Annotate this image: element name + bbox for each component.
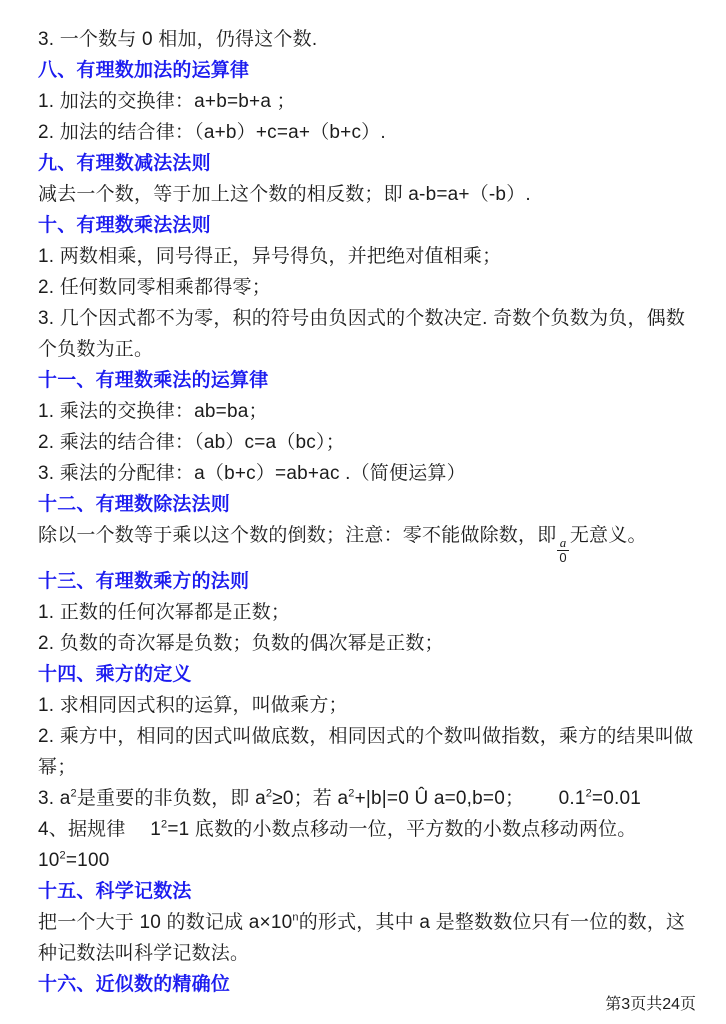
text-run: 无意义。 xyxy=(570,525,647,546)
text-run: 2. 加法的结合律：（a+b）+c=a+（b+c）. xyxy=(38,122,386,143)
page-number-footer: 第3页共24页 xyxy=(605,991,696,1014)
text-run: 十二、有理数除法法则 xyxy=(38,494,230,515)
body-paragraph: 4、据规律 12=1 底数的小数点移动一位，平方数的小数点移动两位。 xyxy=(38,814,694,845)
text-run: 1. 加法的交换律：a+b=b+a ； xyxy=(38,91,296,112)
text-run: 九、有理数减法法则 xyxy=(38,153,211,174)
document-page: 3. 一个数与 0 相加，仍得这个数.八、有理数加法的运算律1. 加法的交换律：… xyxy=(0,0,726,1024)
text-run: 是重要的非负数，即 a xyxy=(77,788,266,809)
fraction-numerator: a xyxy=(558,536,569,550)
body-paragraph: 2. 任何数同零相乘都得零； xyxy=(38,272,694,303)
text-run: 4、据规律 1 xyxy=(38,819,161,840)
text-run: 十五、科学记数法 xyxy=(38,881,192,902)
body-paragraph: 1. 正数的任何次幂都是正数； xyxy=(38,597,694,628)
body-paragraph: 2. 乘法的结合律：（ab）c=a（bc）； xyxy=(38,427,694,458)
text-run: 十、有理数乘法法则 xyxy=(38,215,211,236)
section-heading: 十一、有理数乘法的运算律 xyxy=(38,365,694,396)
body-paragraph: 2. 负数的奇次幂是负数；负数的偶次幂是正数； xyxy=(38,628,694,659)
text-run: 十三、有理数乘方的法则 xyxy=(38,571,249,592)
body-paragraph: 3. a2是重要的非负数，即 a2≥0；若 a2+|b|=0 Û a=0,b=0… xyxy=(38,783,694,814)
text-run: 3. 一个数与 0 相加，仍得这个数. xyxy=(38,29,317,50)
text-run: 3. 几个因式都不为零，积的符号由负因式的个数决定. 奇数个负数为负，偶数个负数… xyxy=(38,308,685,360)
body-paragraph: 减去一个数，等于加上这个数的相反数；即 a-b=a+（-b）. xyxy=(38,179,694,210)
section-heading: 九、有理数减法法则 xyxy=(38,148,694,179)
text-run: 3. a xyxy=(38,788,71,809)
text-run: 10 xyxy=(38,850,60,871)
body-paragraph: 1. 求相同因式积的运算，叫做乘方； xyxy=(38,690,694,721)
text-run: 减去一个数，等于加上这个数的相反数；即 a-b=a+（-b）. xyxy=(38,184,531,205)
section-heading: 十五、科学记数法 xyxy=(38,876,694,907)
text-run: 2. 任何数同零相乘都得零； xyxy=(38,277,271,298)
text-run: =1 底数的小数点移动一位，平方数的小数点移动两位。 xyxy=(167,819,636,840)
body-paragraph: 2. 乘方中，相同的因式叫做底数，相同因式的个数叫做指数，乘方的结果叫做幂； xyxy=(38,721,694,783)
text-run: 1. 正数的任何次幂都是正数； xyxy=(38,602,290,623)
body-paragraph: 3. 乘法的分配律：a（b+c）=ab+ac .（简便运算） xyxy=(38,458,694,489)
body-paragraph: 102=100 xyxy=(38,845,694,876)
text-run: ≥0；若 a xyxy=(272,788,348,809)
text-run: 十四、乘方的定义 xyxy=(38,664,192,685)
body-paragraph: 把一个大于 10 的数记成 a×10n的形式，其中 a 是整数数位只有一位的数，… xyxy=(38,907,694,969)
body-paragraph: 1. 两数相乘，同号得正，异号得负，并把绝对值相乘； xyxy=(38,241,694,272)
text-run: 2. 乘方中，相同的因式叫做底数，相同因式的个数叫做指数，乘方的结果叫做幂； xyxy=(38,726,693,778)
body-paragraph: 3. 几个因式都不为零，积的符号由负因式的个数决定. 奇数个负数为负，偶数个负数… xyxy=(38,303,694,365)
section-heading: 十四、乘方的定义 xyxy=(38,659,694,690)
body-paragraph: 3. 一个数与 0 相加，仍得这个数. xyxy=(38,24,694,55)
section-heading: 八、有理数加法的运算律 xyxy=(38,55,694,86)
text-run: 除以一个数等于乘以这个数的倒数；注意：零不能做除数，即 xyxy=(38,525,556,546)
body-paragraph: 2. 加法的结合律：（a+b）+c=a+（b+c）. xyxy=(38,117,694,148)
text-run: 1. 两数相乘，同号得正，异号得负，并把绝对值相乘； xyxy=(38,246,501,267)
fraction-denominator: 0 xyxy=(557,550,568,566)
inline-fraction: a0 xyxy=(557,536,568,566)
text-run: +|b|=0 Û a=0,b=0； 0.1 xyxy=(355,788,586,809)
document-content: 3. 一个数与 0 相加，仍得这个数.八、有理数加法的运算律1. 加法的交换律：… xyxy=(0,0,726,1000)
text-run: 3. 乘法的分配律：a（b+c）=ab+ac .（简便运算） xyxy=(38,463,466,484)
section-heading: 十、有理数乘法法则 xyxy=(38,210,694,241)
section-heading: 十三、有理数乘方的法则 xyxy=(38,566,694,597)
text-run: 1. 乘法的交换律：ab=ba； xyxy=(38,401,268,422)
text-run: 八、有理数加法的运算律 xyxy=(38,60,249,81)
section-heading: 十二、有理数除法法则 xyxy=(38,489,694,520)
text-run: 把一个大于 10 的数记成 a×10 xyxy=(38,912,292,933)
text-run: 2. 负数的奇次幂是负数；负数的偶次幂是正数； xyxy=(38,633,444,654)
text-run: 1. 求相同因式积的运算，叫做乘方； xyxy=(38,695,348,716)
text-run: 十一、有理数乘法的运算律 xyxy=(38,370,268,391)
section-heading: 十六、近似数的精确位 xyxy=(38,969,694,1000)
text-run: =0.01 xyxy=(592,788,641,809)
text-run: 2. 乘法的结合律：（ab）c=a（bc）； xyxy=(38,432,345,453)
body-paragraph: 除以一个数等于乘以这个数的倒数；注意：零不能做除数，即a0无意义。 xyxy=(38,520,694,566)
body-paragraph: 1. 乘法的交换律：ab=ba； xyxy=(38,396,694,427)
text-run: 十六、近似数的精确位 xyxy=(38,974,230,995)
body-paragraph: 1. 加法的交换律：a+b=b+a ； xyxy=(38,86,694,117)
text-run: =100 xyxy=(66,850,110,871)
